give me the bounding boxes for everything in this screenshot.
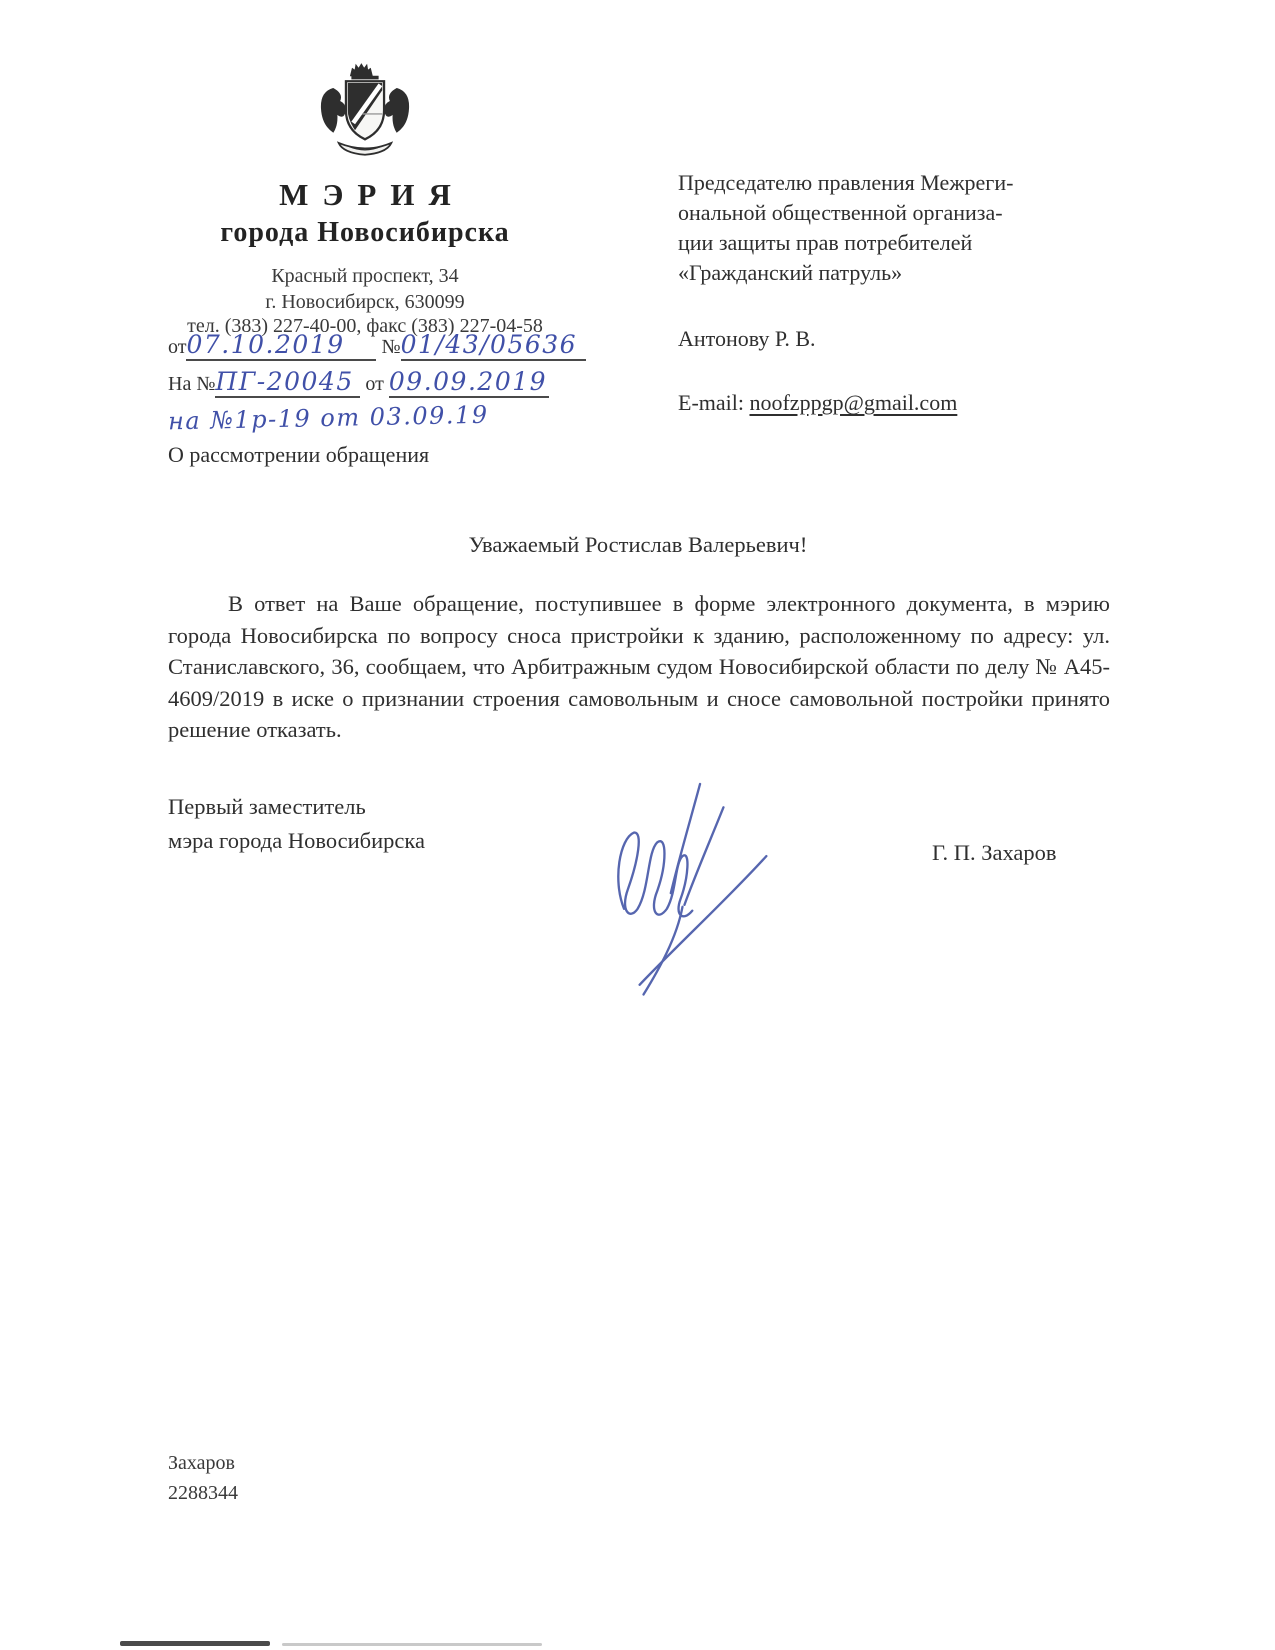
recipient-name: Антонову Р. В. [678, 326, 816, 352]
handwritten-signature-icon [585, 762, 780, 1002]
address-line1: Красный проспект, 34 [140, 263, 590, 289]
executor-footer: Захаров 2288344 [168, 1448, 238, 1508]
executor-phone: 2288344 [168, 1478, 238, 1508]
email-label: E-mail: [678, 390, 744, 415]
incoming-ref-row: На №ПГ-20045 от 09.09.2019 [168, 367, 598, 398]
org-name-line2: города Новосибирска [140, 217, 590, 249]
recipient-line: Председателю правления Межреги- [678, 168, 1118, 198]
org-address: Красный проспект, 34 г. Новосибирск, 630… [140, 263, 590, 315]
out-date-label: от [168, 336, 186, 358]
outgoing-ref-row: от07.10.2019 №01/43/05636 [168, 330, 598, 361]
recipient-line: «Гражданский патруль» [678, 258, 1118, 288]
incoming-number-handwritten: ПГ-20045 [215, 367, 353, 396]
signer-position: Первый заместитель мэра города Новосибир… [168, 790, 425, 858]
executor-name: Захаров [168, 1448, 238, 1478]
subject-line: О рассмотрении обращения [168, 442, 429, 468]
scan-artifact-line [120, 1641, 270, 1646]
recipient-email-line: E-mail: noofzppgp@gmail.com [678, 390, 957, 416]
handwritten-note-row: на №1р-19 от 03.09.19 [168, 404, 598, 432]
signer-name: Г. П. Захаров [932, 840, 1057, 866]
signer-position-line2: мэра города Новосибирска [168, 824, 425, 858]
out-number-label: № [381, 336, 400, 358]
outgoing-number-handwritten: 01/43/05636 [401, 330, 578, 359]
recipient-line: ональной общественной организа- [678, 198, 1118, 228]
body-paragraph: В ответ на Ваше обращение, поступившее в… [168, 588, 1110, 746]
salutation: Уважаемый Ростислав Валерьевич! [168, 532, 1108, 558]
in-date-label: от [365, 373, 383, 395]
in-number-label: На № [168, 373, 215, 395]
scan-artifact-line [282, 1643, 542, 1646]
letterhead: МЭРИЯ города Новосибирска Красный проспе… [140, 62, 590, 338]
outgoing-date-handwritten: 07.10.2019 [186, 330, 344, 359]
signer-position-line1: Первый заместитель [168, 790, 425, 824]
letter-page: МЭРИЯ города Новосибирска Красный проспе… [0, 0, 1275, 1650]
handwritten-note: на №1р-19 от 03.09.19 [168, 401, 489, 436]
recipient-line: ции защиты прав потребителей [678, 228, 1118, 258]
novosibirsk-coat-of-arms-icon [140, 62, 590, 169]
email-address: noofzppgp@gmail.com [749, 390, 957, 415]
reference-block: от07.10.2019 №01/43/05636 На №ПГ-20045 о… [168, 330, 598, 438]
address-line2: г. Новосибирск, 630099 [140, 289, 590, 315]
incoming-date-handwritten: 09.09.2019 [389, 367, 547, 396]
recipient-address: Председателю правления Межреги- ональной… [678, 168, 1118, 288]
org-name-line1: МЭРИЯ [140, 177, 590, 213]
